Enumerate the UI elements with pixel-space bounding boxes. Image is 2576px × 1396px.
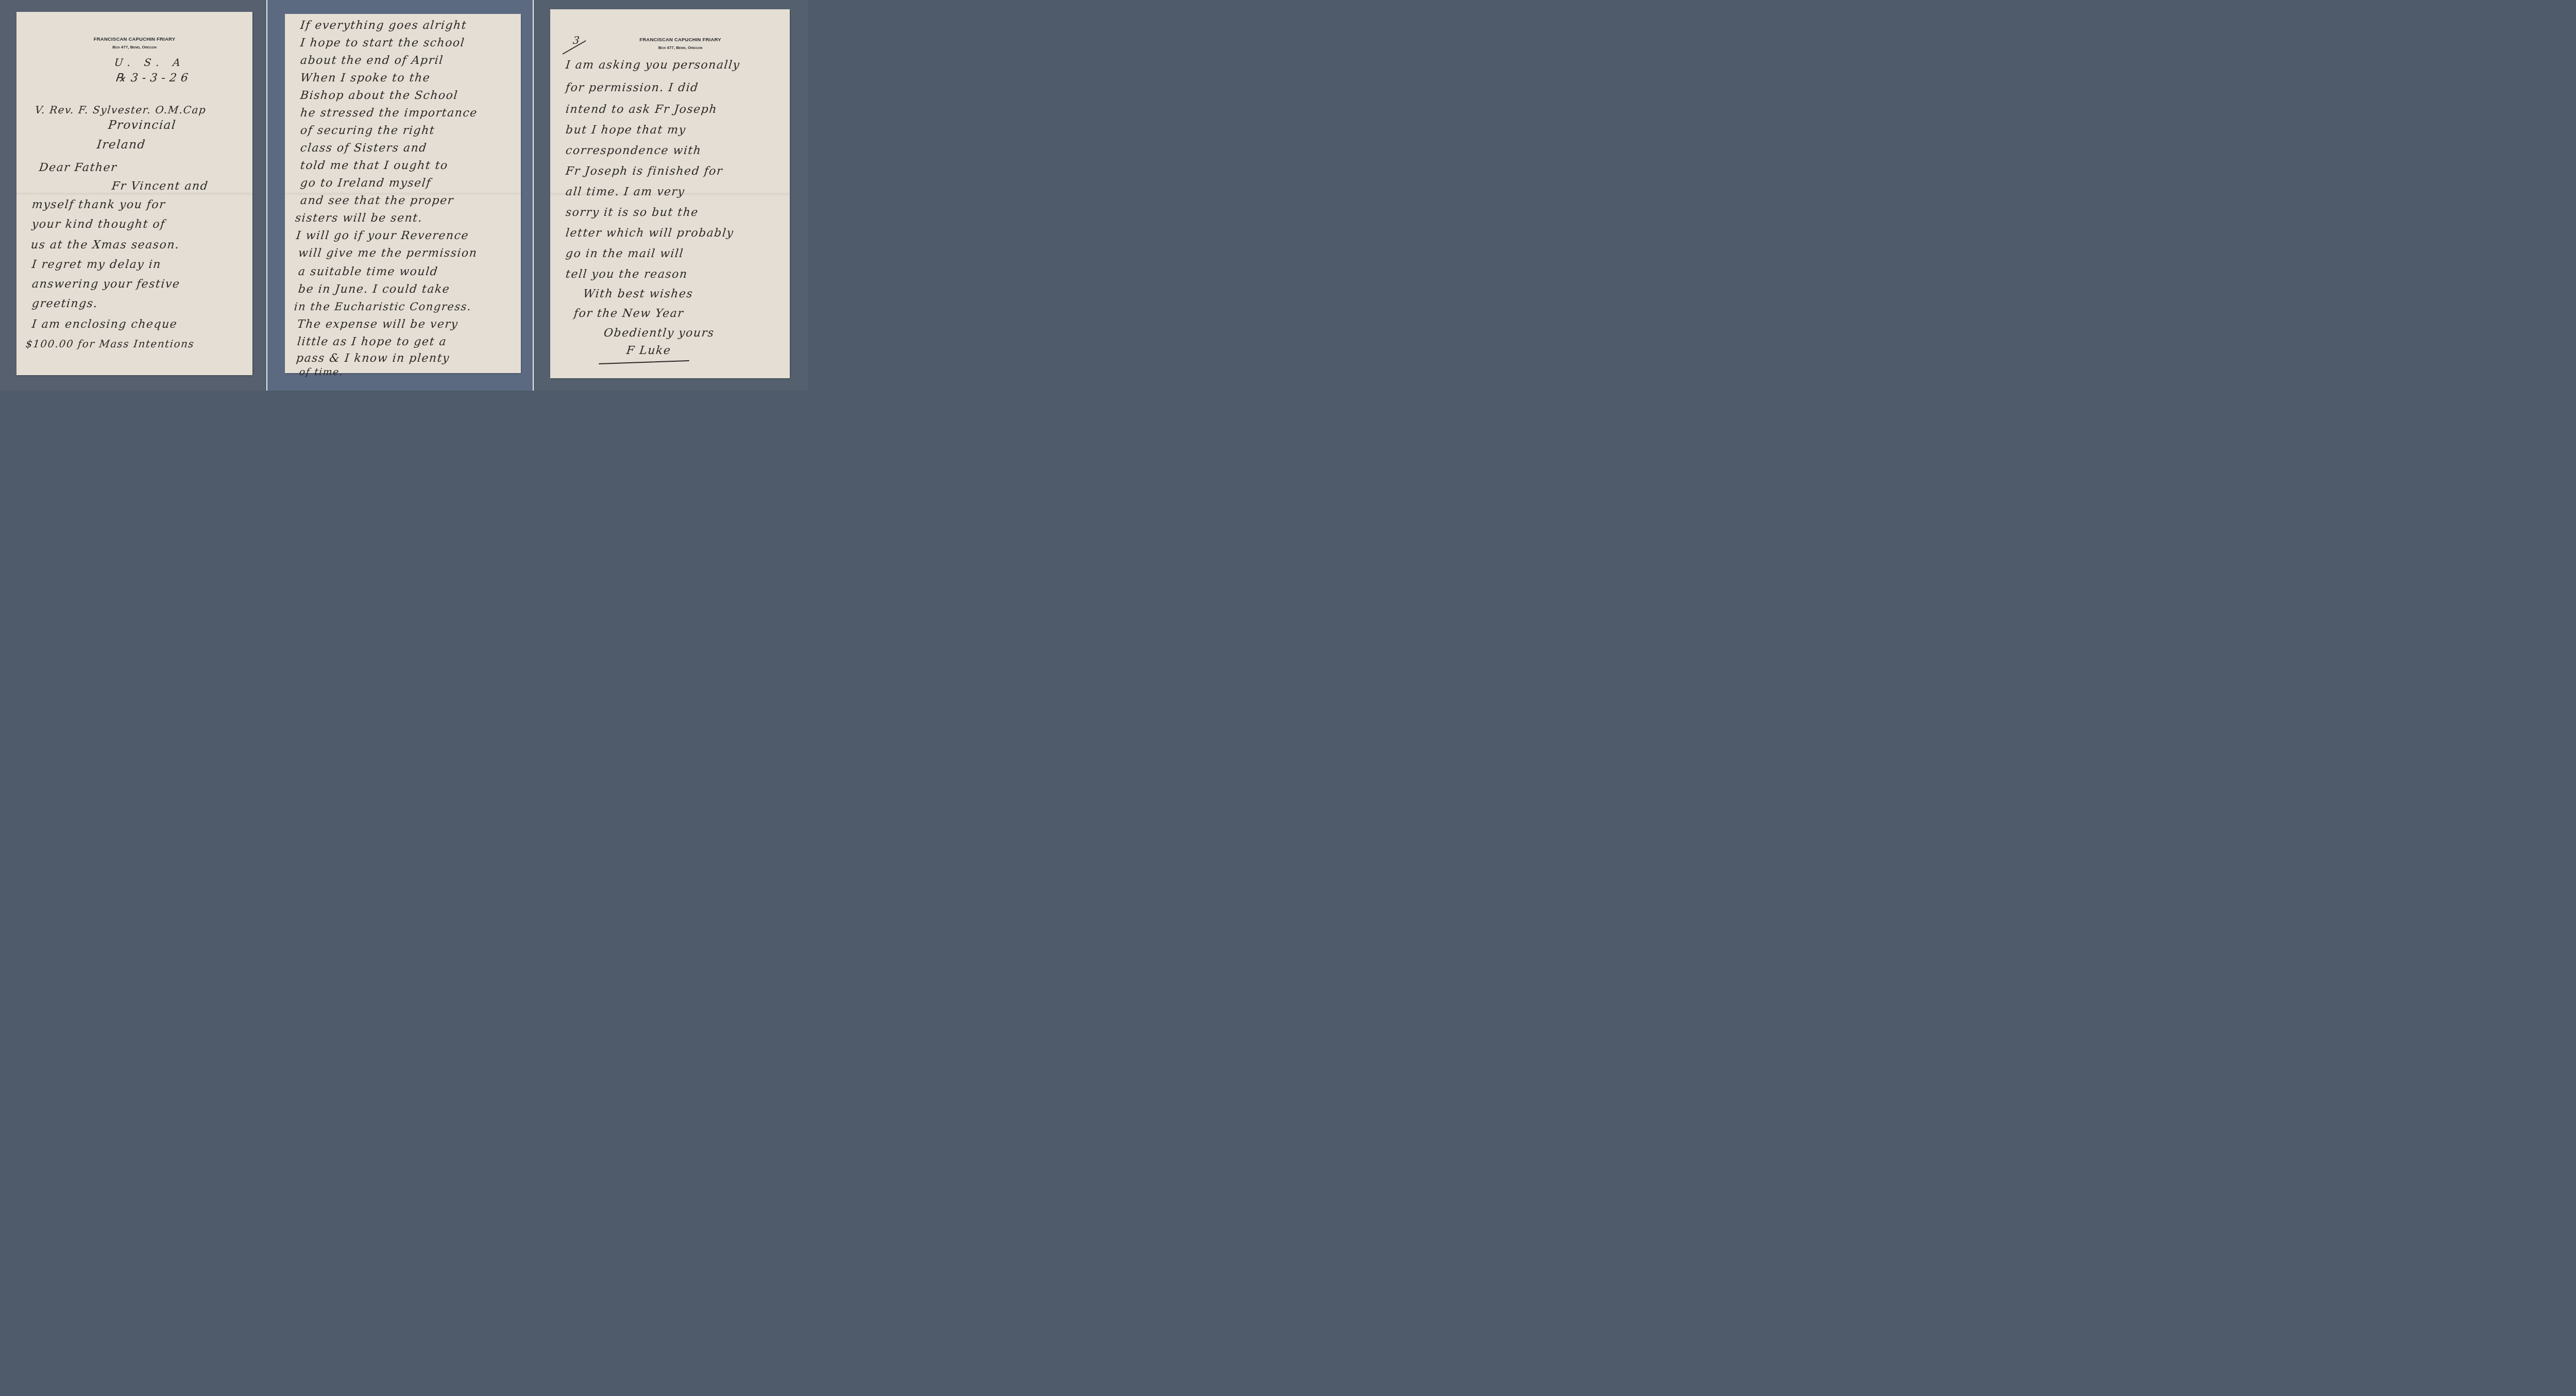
addressee-line-1: V. Rev. F. Sylvester. O.M.Cap: [35, 104, 207, 116]
body-line: be in June. I could take: [298, 283, 451, 296]
addressee-line-3: Ireland: [96, 138, 147, 152]
body-line: I hope to start the school: [300, 37, 466, 49]
body-line: will give me the permission: [298, 247, 478, 260]
addressee-line-2: Provincial: [108, 119, 177, 132]
country-line: U. S. A: [114, 56, 186, 69]
body-line: us at the Xmas season.: [30, 239, 180, 251]
body-line: your kind thought of: [31, 218, 166, 231]
letterhead-name: FRANCISCAN CAPUCHIN FRIARY: [16, 37, 252, 42]
letterhead: FRANCISCAN CAPUCHIN FRIARY Box 477, Bend…: [16, 37, 252, 49]
panel-page-3: 3 FRANCISCAN CAPUCHIN FRIARY Box 477, Be…: [534, 0, 808, 391]
letterhead: FRANCISCAN CAPUCHIN FRIARY Box 477, Bend…: [571, 37, 790, 50]
body-line: tell you the reason: [565, 268, 688, 281]
body-line: Fr Vincent and: [111, 180, 209, 193]
letter-page-3: 3 FRANCISCAN CAPUCHIN FRIARY Box 477, Be…: [550, 9, 790, 378]
letter-page-1: FRANCISCAN CAPUCHIN FRIARY Box 477, Bend…: [16, 12, 252, 375]
body-line: but I hope that my: [565, 124, 687, 137]
body-line: all time. I am very: [565, 186, 686, 198]
letterhead-address: Box 477, Bend, Oregon: [16, 45, 252, 49]
body-line: answering your festive: [31, 278, 181, 291]
closing-line: for the New Year: [573, 307, 685, 320]
closing-line: Obediently yours: [603, 327, 715, 340]
salutation: Dear Father: [39, 161, 118, 174]
body-line: pass & I know in plenty: [296, 352, 451, 365]
body-line: I am enclosing cheque: [31, 318, 178, 331]
letter-page-2: If everything goes alright I hope to sta…: [285, 14, 521, 373]
body-line: for permission. I did: [565, 81, 699, 94]
body-line: sisters will be sent.: [295, 212, 423, 225]
date-mark: ℞: [115, 72, 127, 85]
body-line: he stressed the importance: [300, 107, 478, 120]
body-line: I am asking you personally: [565, 59, 741, 72]
body-line: correspondence with: [565, 144, 702, 157]
body-line: If everything goes alright: [300, 19, 468, 32]
body-line: Bishop about the School: [300, 89, 459, 102]
body-line: intend to ask Fr Joseph: [565, 103, 718, 116]
panel-page-1: FRANCISCAN CAPUCHIN FRIARY Box 477, Bend…: [0, 0, 266, 391]
body-line: of time.: [299, 366, 344, 378]
body-line: The expense will be very: [297, 318, 459, 331]
body-line: class of Sisters and: [300, 142, 428, 155]
body-line: sorry it is so but the: [565, 206, 699, 219]
body-line: and see that the proper: [300, 194, 454, 207]
letterhead-address: Box 477, Bend, Oregon: [571, 45, 790, 50]
body-line: go to Ireland myself: [300, 177, 432, 190]
body-line: I will go if your Reverence: [296, 229, 470, 242]
body-line: in the Eucharistic Congress.: [294, 300, 472, 313]
body-line: letter which will probably: [565, 227, 735, 240]
body-line: a suitable time would: [298, 265, 439, 278]
body-line: When I spoke to the: [300, 72, 431, 85]
panel-page-2: If everything goes alright I hope to sta…: [267, 0, 533, 391]
body-line-amount: $100.00 for Mass Intentions: [25, 338, 195, 350]
body-line: little as I hope to get a: [297, 335, 448, 348]
body-line: about the end of April: [300, 54, 444, 67]
body-line: I regret my delay in: [31, 258, 162, 271]
body-line: told me that I ought to: [300, 159, 449, 172]
signature-underline: [599, 360, 689, 364]
body-line: Fr Joseph is finished for: [565, 165, 724, 178]
body-line: go in the mail will: [565, 247, 685, 260]
body-line: myself thank you for: [31, 198, 166, 211]
closing-line: With best wishes: [583, 288, 694, 300]
letterhead-name: FRANCISCAN CAPUCHIN FRIARY: [571, 37, 790, 43]
body-line: of securing the right: [300, 124, 436, 137]
date: 3-3-26: [130, 72, 193, 85]
body-line: greetings.: [31, 297, 99, 310]
signature: F Luke: [626, 344, 672, 357]
